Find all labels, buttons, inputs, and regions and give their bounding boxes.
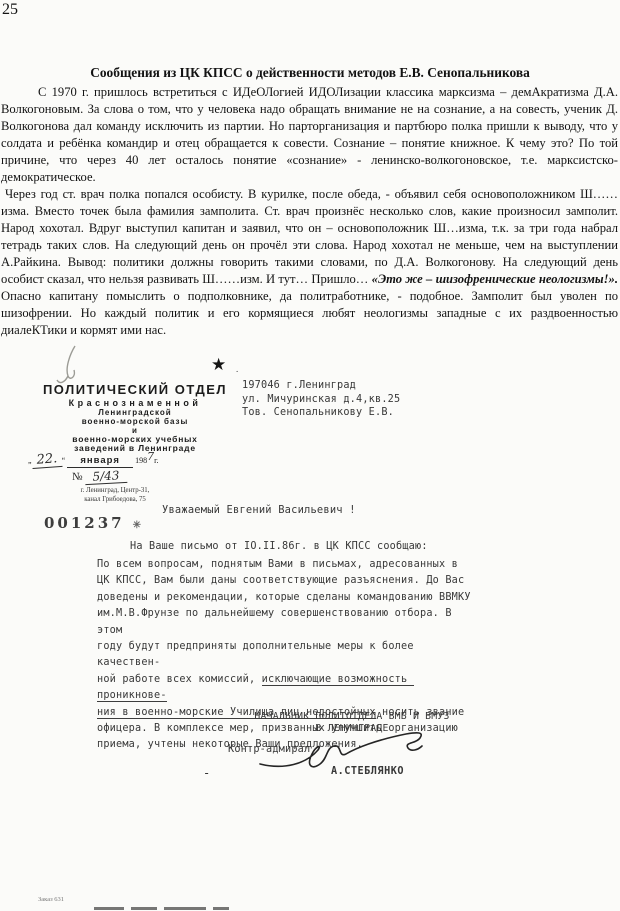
article-title: Сообщения из ЦК КПСС о действенности мет… <box>0 65 620 81</box>
page-number: 25 <box>2 1 18 19</box>
date-year: 198 <box>135 456 147 465</box>
letterhead: ПОЛИТИЧЕСКИЙ ОТДЕЛ Краснознаменной Ленин… <box>30 382 240 453</box>
letterhead-address-line: г. Ленинград, Центр-31, <box>30 487 200 496</box>
letterhead-line: военно-морской базы <box>30 417 240 426</box>
recipient-line: 197046 г.Ленинград <box>242 379 400 393</box>
letterhead-line: Ленинградской <box>30 408 240 417</box>
typed-month: января <box>67 455 133 468</box>
letterhead-address: г. Ленинград, Центр-31, канал Грибоедова… <box>30 487 200 504</box>
handwritten-year-digit: 7 <box>147 450 154 463</box>
recipient-address: 197046 г.Ленинград ул. Мичуринская д.4,к… <box>242 379 400 420</box>
paragraph-1: С 1970 г. пришлось встретиться с ИДеОЛог… <box>1 84 618 186</box>
recipient-line: Тов. Сенопальникову Е.В. <box>242 406 400 420</box>
letterhead-number: № 5/43 <box>72 469 127 484</box>
letterhead-address-line: канал Грибоедова, 75 <box>30 496 200 505</box>
handwritten-day: 22. <box>31 451 62 469</box>
letterhead-date: „22.“ января 1987г. <box>28 452 218 468</box>
star-dot: . <box>236 364 238 374</box>
letterhead-title: ПОЛИТИЧЕСКИЙ ОТДЕЛ <box>30 382 240 397</box>
italic-quote: «Это же – шизофренические неологизмы!». <box>372 272 618 286</box>
recipient-line: ул. Мичуринская д.4,кв.25 <box>242 393 400 407</box>
signature-name: А.СТЕБЛЯНКО <box>331 766 404 777</box>
registration-stamp: 001237✳ <box>44 514 141 532</box>
date-suffix: г. <box>154 456 158 465</box>
letter-body-text: По всем вопросам, поднятым Вами в письма… <box>97 559 471 685</box>
salutation: Уважаемый Евгений Васильевич ! <box>162 504 356 516</box>
handwritten-number: 5/43 <box>85 468 128 485</box>
star-icon: ★ <box>211 355 226 375</box>
stamp-number: 001237 <box>44 514 125 532</box>
paragraph-2-text-after: Опасно капитану помыслить о подполковник… <box>1 289 618 337</box>
article-body: С 1970 г. пришлось встретиться с ИДеОЛог… <box>1 84 618 339</box>
number-label: № <box>72 471 83 483</box>
margin-dash: - <box>203 766 210 780</box>
letterhead-line: Краснознаменной <box>30 399 240 408</box>
paragraph-2: Через год ст. врач полка попался особист… <box>1 186 618 339</box>
print-footer-text: Заказ 631 <box>38 896 64 903</box>
signature-title-line: НАЧАЛЬНИК ПОЛИТОТДЕЛА ВМБ И ВМУЗ <box>222 711 482 723</box>
book-page: 25 Сообщения из ЦК КПСС о действенности … <box>0 0 620 911</box>
letter-body-intro: На Ваше письмо от IO.II.86г. в ЦК КПСС с… <box>130 541 428 552</box>
illegible-print-marks <box>94 899 236 911</box>
asterisk-mark-icon: ✳ <box>133 520 141 531</box>
